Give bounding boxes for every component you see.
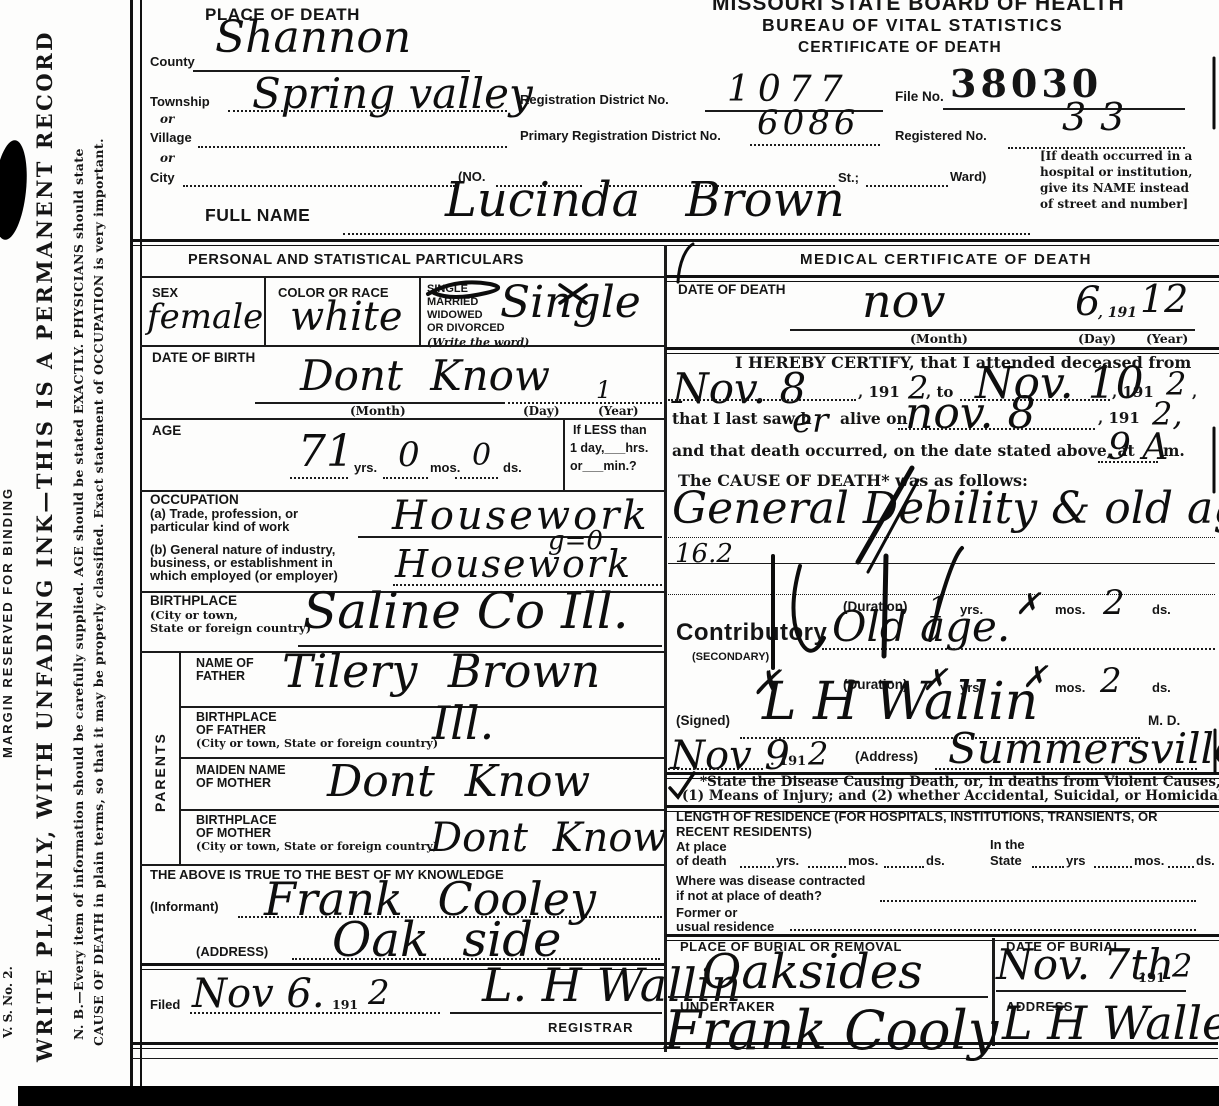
comma: , bbox=[1192, 385, 1197, 401]
res2-mos-label: mos. bbox=[1134, 854, 1164, 868]
cell-divider bbox=[563, 418, 565, 490]
filed-year-value: 2 bbox=[368, 976, 390, 1010]
medical-title: MEDICAL CERTIFICATE OF DEATH bbox=[800, 252, 1092, 268]
res-yrs-label: yrs. bbox=[776, 854, 799, 868]
marital-value: Single bbox=[500, 281, 641, 325]
former-residence-line bbox=[790, 929, 1196, 931]
death-time-m: m. bbox=[1163, 443, 1185, 459]
res-mos-label: mos. bbox=[848, 854, 878, 868]
village-line bbox=[198, 146, 507, 148]
duration-months-value: ✗ bbox=[1015, 590, 1040, 620]
occupation-a-value: Housework bbox=[392, 496, 650, 536]
personal-title: PERSONAL AND STATISTICAL PARTICULARS bbox=[188, 253, 524, 268]
in-the-label-2: State bbox=[990, 854, 1022, 868]
former-residence-label-2: usual residence bbox=[676, 920, 774, 934]
primary-registration-label: Primary Registration District No. bbox=[520, 129, 721, 143]
rule bbox=[140, 864, 664, 866]
res-line bbox=[808, 866, 846, 868]
age-days-value: 0 bbox=[472, 441, 491, 471]
bureau-title: BUREAU OF VITAL STATISTICS bbox=[762, 16, 1063, 34]
signed-date-line bbox=[668, 768, 763, 770]
binding-rule bbox=[130, 0, 142, 1086]
cause-of-death-value: General Debility & old age bbox=[672, 487, 1219, 531]
date-of-death-month: nov bbox=[862, 278, 945, 324]
nb-note-line2: CAUSE OF DEATH in plain terms, so that i… bbox=[92, 138, 105, 1046]
rule bbox=[179, 706, 664, 708]
birthplace-sub-2: State or foreign country) bbox=[150, 622, 311, 634]
township-label: Township bbox=[150, 95, 210, 109]
from-year-printed: , 191 bbox=[858, 385, 900, 401]
form-number: V. S. No. 2. bbox=[2, 966, 15, 1038]
marital-option-married: MARRIED bbox=[427, 297, 478, 309]
scan-edge-bar bbox=[18, 1086, 1219, 1106]
less-than-note-2: 1 day,___hrs. bbox=[570, 442, 648, 455]
undertaker-value: Frank Cooly bbox=[664, 1004, 998, 1058]
age-line bbox=[383, 477, 428, 479]
city-line bbox=[183, 185, 455, 187]
or-label-2: or bbox=[160, 151, 174, 165]
column-divider bbox=[664, 245, 667, 1052]
father-birthplace-value: Ill. bbox=[432, 700, 494, 746]
registrar-line bbox=[450, 1012, 662, 1014]
nb-note-line1: N. B.—Every item of information should b… bbox=[72, 148, 85, 1040]
county-label: County bbox=[150, 55, 195, 69]
date-of-death-line bbox=[790, 329, 1195, 331]
registration-district-label: Registration District No. bbox=[520, 93, 669, 107]
marital-option-divorced: OR DIVORCED bbox=[427, 323, 505, 335]
less-than-note-3: or___min.? bbox=[570, 460, 637, 473]
res-line bbox=[1094, 866, 1132, 868]
mother-maiden-value: Dont Know bbox=[327, 760, 590, 804]
contributory-line bbox=[822, 648, 1215, 650]
date-of-death-year-printed: , 191 bbox=[1098, 305, 1137, 321]
dob-value: Dont Know bbox=[300, 355, 550, 397]
cell-divider bbox=[419, 278, 421, 345]
date-of-death-label: DATE OF DEATH bbox=[678, 283, 786, 297]
physician-address-value: Summersville bbox=[948, 728, 1219, 770]
filed-year-printed: 191 bbox=[332, 998, 358, 1011]
secondary-label: (SECONDARY) bbox=[692, 652, 769, 664]
ward-label: Ward) bbox=[950, 170, 986, 184]
registered-no-value: 33 bbox=[1062, 98, 1138, 136]
res-line bbox=[740, 866, 774, 868]
mother-birthplace-sub: (City or town, State or foreign country) bbox=[196, 841, 438, 853]
signed-year-printed: . 191 bbox=[770, 755, 806, 769]
month-label: (Month) bbox=[910, 332, 968, 345]
age-line bbox=[290, 477, 348, 479]
color-race-value: white bbox=[290, 297, 403, 337]
primary-registration-line bbox=[750, 144, 880, 146]
cause-line bbox=[668, 537, 1215, 538]
informant-address-value: Oak side bbox=[332, 916, 561, 964]
res2-ds-label: ds. bbox=[1196, 854, 1215, 868]
burial-place-value: Oaksides bbox=[702, 948, 923, 996]
dob-mark: 1 bbox=[596, 378, 611, 402]
birthplace-value: Saline Co Ill. bbox=[303, 586, 629, 636]
at-place-label-1: At place bbox=[676, 840, 727, 854]
res-line bbox=[1032, 866, 1064, 868]
cell-divider bbox=[264, 278, 266, 345]
informant-label: (Informant) bbox=[150, 900, 219, 914]
mother-maiden-label-2: OF MOTHER bbox=[196, 777, 271, 790]
last-saw-text-2: alive on bbox=[840, 411, 908, 427]
header-divider bbox=[130, 239, 1219, 246]
age-line bbox=[455, 477, 498, 479]
contracted-label-1: Where was disease contracted bbox=[676, 874, 865, 888]
township-line bbox=[228, 110, 507, 112]
full-name-value: Lucinda Brown bbox=[445, 176, 845, 224]
ds-label: ds. bbox=[503, 461, 522, 475]
ds-label: ds. bbox=[1152, 603, 1171, 617]
in-the-label-1: In the bbox=[990, 838, 1025, 852]
res2-yrs-label: yrs bbox=[1066, 854, 1086, 868]
res-line bbox=[884, 866, 924, 868]
rule bbox=[140, 345, 664, 347]
last-saw-line bbox=[898, 428, 1095, 430]
filed-label: Filed bbox=[150, 998, 180, 1012]
permanent-record-note: WRITE PLAINLY, WITH UNFADING INK—THIS IS… bbox=[34, 30, 56, 1062]
file-no-label: File No. bbox=[895, 90, 944, 104]
at-place-label-2: of death bbox=[676, 854, 727, 868]
full-name-label: FULL NAME bbox=[205, 206, 310, 224]
occupation-a-label-2: particular kind of work bbox=[150, 520, 289, 534]
res-ds-label: ds. bbox=[926, 854, 945, 868]
year-label: (Year) bbox=[598, 405, 639, 418]
death-occurred-text: and that death occurred, on the date sta… bbox=[672, 443, 1135, 459]
registered-no-label: Registered No. bbox=[895, 129, 987, 143]
to-year-printed: , 191 bbox=[1112, 385, 1154, 401]
physician-address-line bbox=[935, 768, 1197, 770]
contributory-label: Contributory bbox=[676, 620, 827, 645]
signed-year-value: 2 bbox=[808, 738, 828, 770]
year-label: (Year) bbox=[1146, 332, 1188, 345]
township-value: Spring valley bbox=[252, 73, 533, 115]
informant-address-label: (ADDRESS) bbox=[196, 945, 268, 959]
rule bbox=[140, 418, 664, 420]
last-saw-year-value: 2, bbox=[1152, 398, 1183, 430]
occupation-b-label-3: which employed (or employer) bbox=[150, 569, 338, 583]
last-saw-year-printed: , 191 bbox=[1098, 411, 1140, 427]
birthplace-sub-1: (City or town, bbox=[150, 609, 238, 621]
father-birthplace-sub: (City or town, State or foreign country) bbox=[196, 738, 438, 750]
ward-line bbox=[866, 185, 948, 187]
attended-from-date: Nov. 8 bbox=[672, 368, 806, 410]
marital-option-widowed: WIDOWED bbox=[427, 310, 483, 322]
age-months-value: 0 bbox=[398, 438, 420, 472]
undertaker-address-value: L H Wallen bbox=[1002, 1000, 1219, 1046]
contracted-line bbox=[880, 900, 1196, 902]
village-label: Village bbox=[150, 131, 192, 145]
burial-place-line bbox=[668, 996, 988, 998]
burial-year-printed: 191 bbox=[1138, 972, 1165, 986]
res-line bbox=[1168, 866, 1194, 868]
date-of-death-year: 12 bbox=[1140, 280, 1188, 318]
physician-address-label: (Address) bbox=[855, 750, 918, 764]
day-label: (Day) bbox=[1078, 332, 1116, 345]
dob-label: DATE OF BIRTH bbox=[152, 351, 255, 365]
hospital-note-line4: of street and number] bbox=[1040, 198, 1188, 211]
date-of-death-day: 6 bbox=[1075, 282, 1100, 322]
mos-label: mos. bbox=[1055, 603, 1085, 617]
ds-label: ds. bbox=[1152, 681, 1171, 695]
registrar-label: REGISTRAR bbox=[548, 1021, 634, 1035]
hospital-note-line3: give its NAME instead bbox=[1040, 182, 1189, 195]
duration-days-value: 2 bbox=[1103, 586, 1125, 620]
former-residence-label-1: Former or bbox=[676, 906, 737, 920]
signed-label: (Signed) bbox=[676, 714, 730, 728]
yrs-label: yrs. bbox=[354, 461, 377, 475]
ink-blob bbox=[0, 139, 31, 242]
certificate-title: CERTIFICATE OF DEATH bbox=[798, 40, 1002, 56]
day-label: (Day) bbox=[523, 405, 560, 418]
residence-title-1: LENGTH OF RESIDENCE (FOR HOSPITALS, INST… bbox=[676, 810, 1158, 824]
primary-registration-value: 6086 bbox=[757, 106, 860, 140]
mother-birthplace-value: Dont Know bbox=[430, 818, 667, 858]
physician-signature: L H Wallin bbox=[762, 676, 1038, 728]
county-value: Shannon bbox=[215, 16, 411, 60]
city-label: City bbox=[150, 171, 175, 185]
father-birthplace-label-2: OF FATHER bbox=[196, 724, 266, 737]
filed-line bbox=[190, 1012, 440, 1014]
binding-note: MARGIN RESERVED FOR BINDING bbox=[1, 487, 15, 758]
mos-label: mos. bbox=[1055, 681, 1085, 695]
contracted-label-2: if not at place of death? bbox=[676, 889, 822, 903]
less-than-note-1: If LESS than bbox=[573, 424, 647, 437]
board-title: MISSOURI STATE BOARD OF HEALTH bbox=[712, 0, 1125, 15]
age-label: AGE bbox=[152, 424, 181, 438]
death-time-line bbox=[1098, 461, 1158, 463]
contributory-value: Old age. bbox=[832, 606, 1010, 648]
filed-date-value: Nov 6. bbox=[192, 974, 325, 1014]
last-saw-her: er bbox=[792, 404, 828, 438]
burial-date-line bbox=[996, 990, 1186, 992]
residence-title-2: RECENT RESIDENTS) bbox=[676, 825, 812, 839]
mother-birthplace-label-2: OF MOTHER bbox=[196, 827, 271, 840]
age-years-value: 71 bbox=[298, 430, 354, 474]
rule bbox=[179, 809, 664, 811]
parents-label: PARENTS bbox=[153, 732, 168, 812]
burial-year-value: 2 bbox=[1172, 950, 1192, 982]
full-name-line bbox=[343, 233, 1030, 235]
father-name-value: Tilery Brown bbox=[282, 648, 600, 694]
mos-label: mos. bbox=[430, 461, 460, 475]
scan-mark bbox=[1214, 58, 1215, 772]
hospital-note-line2: hospital or institution, bbox=[1040, 166, 1192, 179]
marital-option-single: SINGLE bbox=[427, 284, 468, 296]
last-saw-text-1: that I last saw h bbox=[672, 411, 812, 427]
death-certificate-scan: V. S. No. 2. MARGIN RESERVED FOR BINDING… bbox=[0, 0, 1219, 1106]
occupation-b-mark: g=0 bbox=[548, 528, 603, 554]
marital-write-note: (Write the word) bbox=[427, 336, 529, 349]
or-label-1: or bbox=[160, 112, 174, 126]
cause-line bbox=[668, 563, 1215, 564]
birthplace-label: BIRTHPLACE bbox=[150, 594, 237, 608]
father-name-label-2: FATHER bbox=[196, 670, 245, 683]
footnote-line2: (1) Means of Injury; and (2) whether Acc… bbox=[682, 789, 1219, 803]
sex-value: female bbox=[147, 300, 263, 334]
duration2-days-value: 2 bbox=[1100, 664, 1122, 698]
month-label: (Month) bbox=[350, 405, 406, 418]
hospital-note-line1: [If death occurred in a bbox=[1040, 150, 1192, 163]
